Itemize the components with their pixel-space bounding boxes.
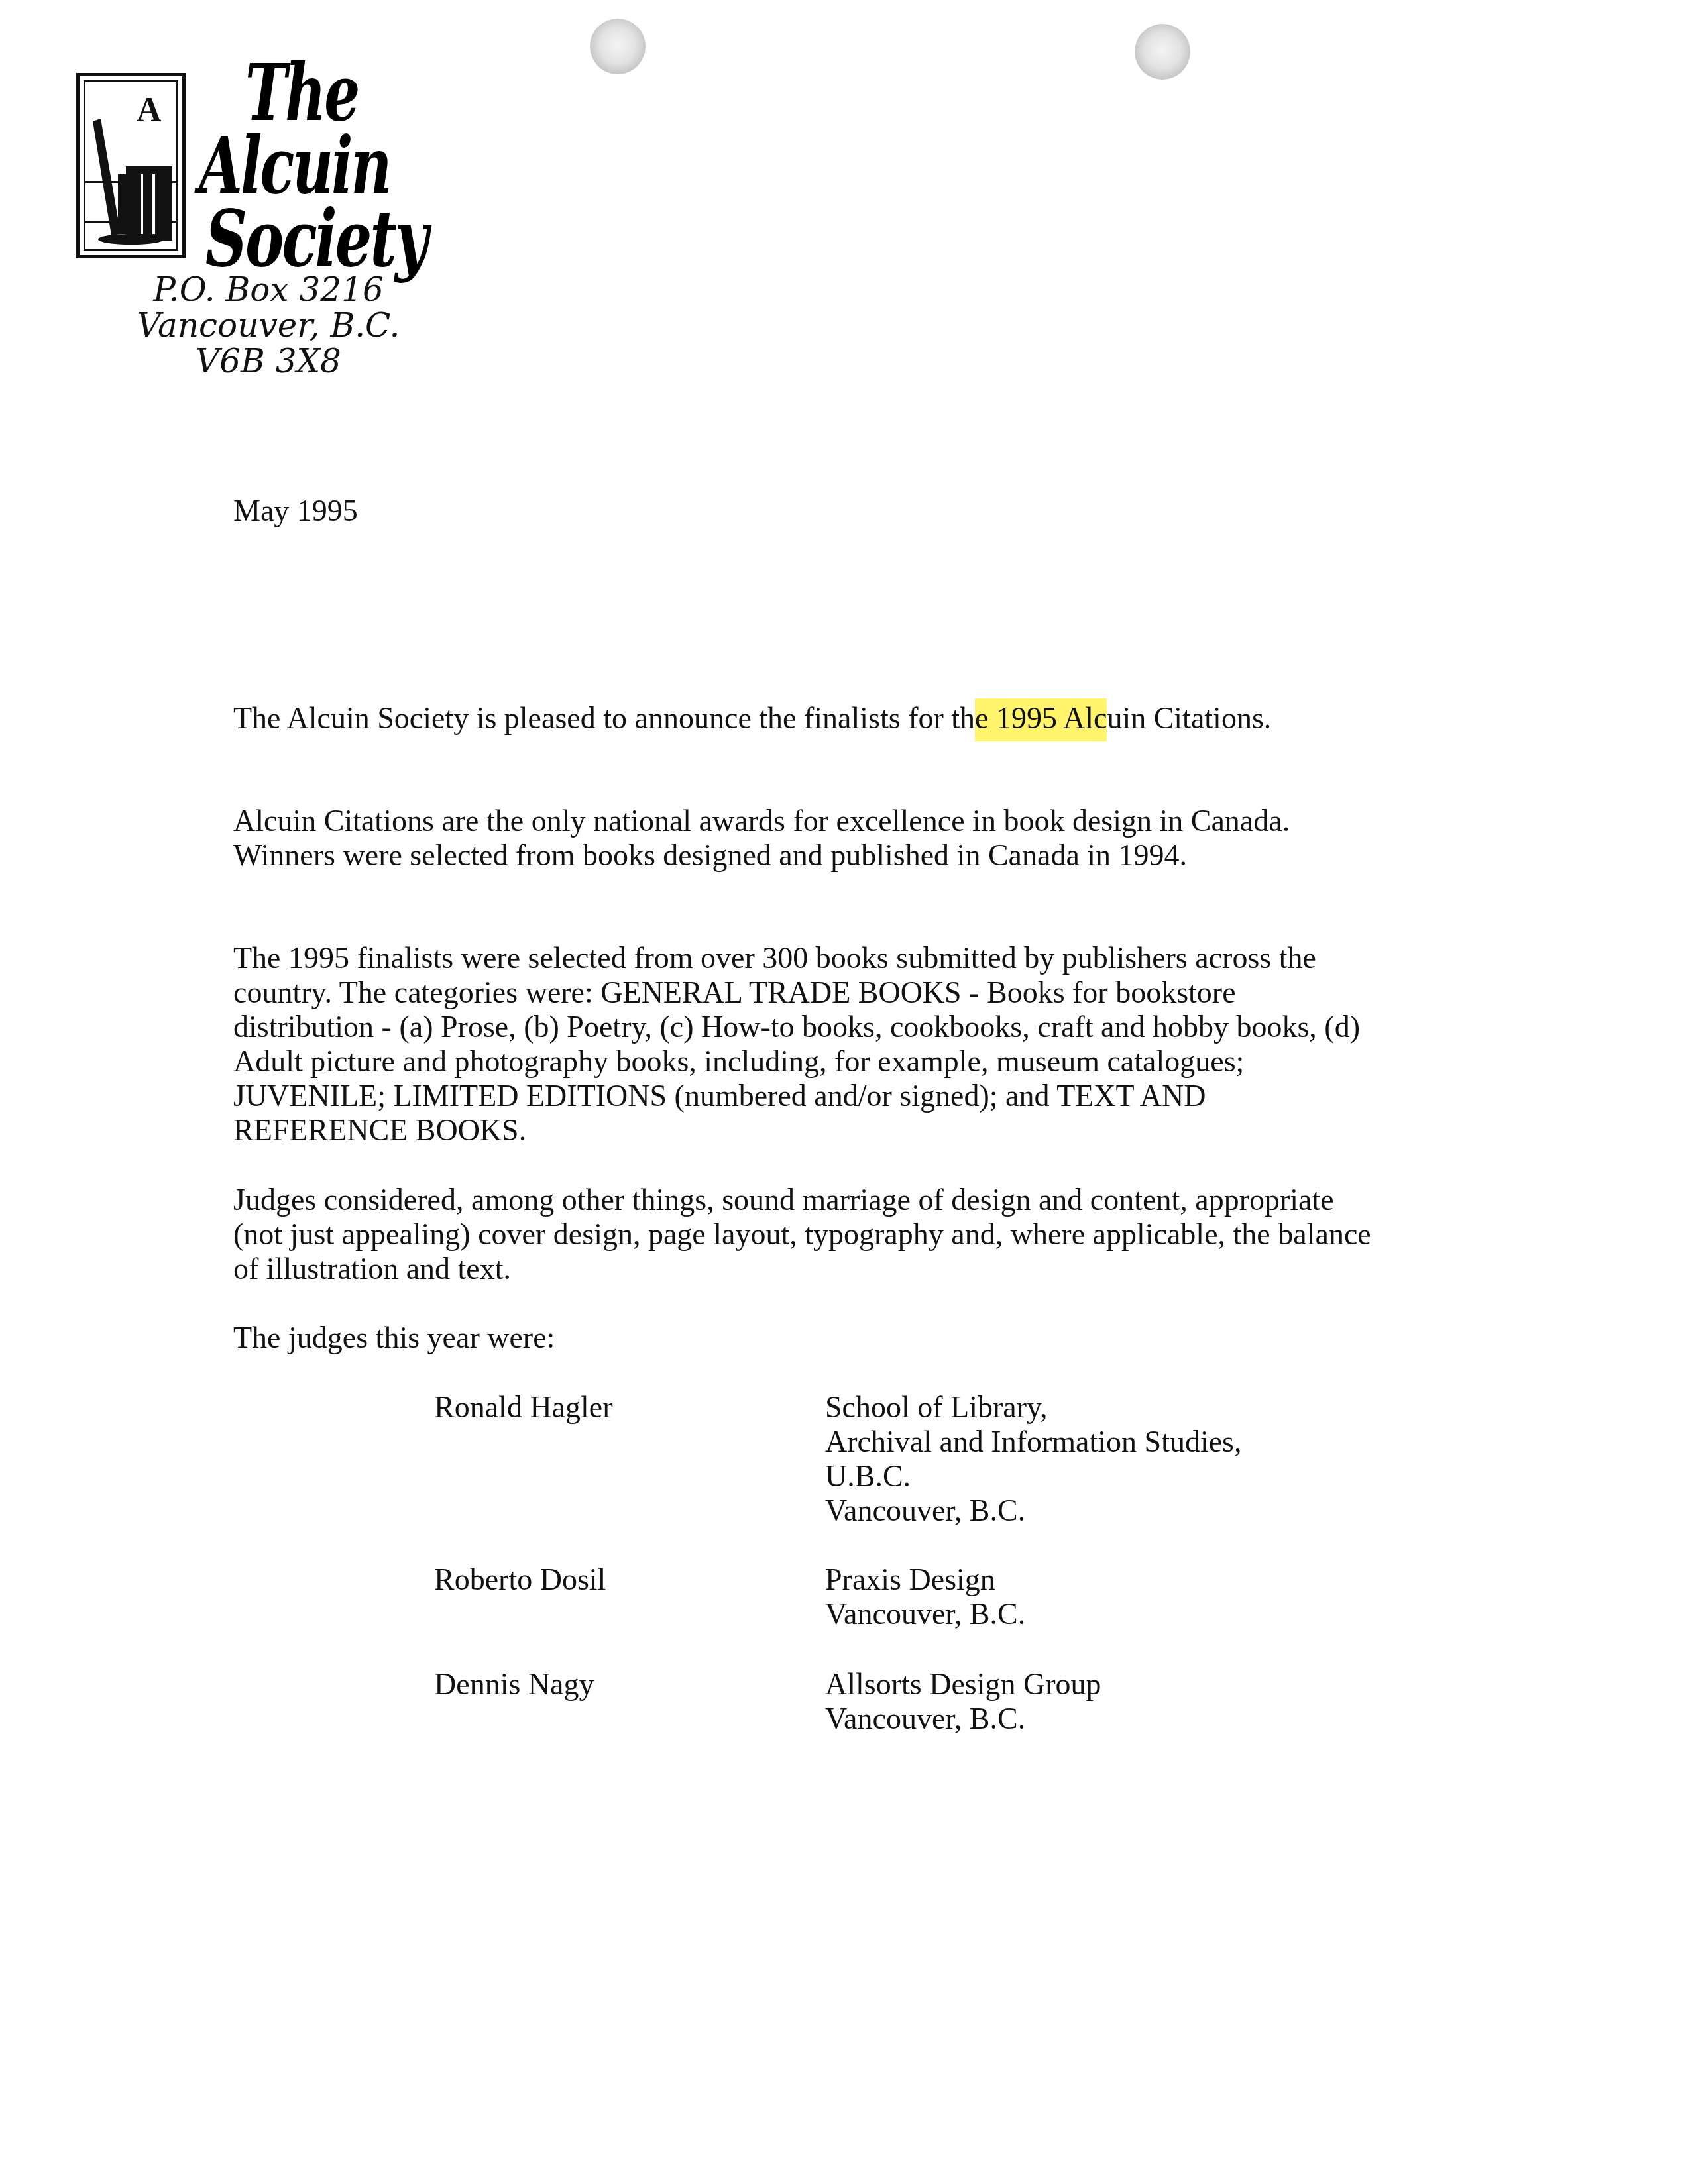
judge-name: Dennis Nagy: [434, 1667, 594, 1702]
judge-name: Roberto Dosil: [434, 1562, 606, 1597]
judge-affiliation: School of Library, Archival and Informat…: [825, 1390, 1242, 1528]
judge-affiliation: Allsorts Design Group Vancouver, B.C.: [825, 1667, 1101, 1736]
hole-punch: [590, 19, 646, 74]
judging-criteria-paragraph: Judges considered, among other things, s…: [233, 1183, 1373, 1286]
logo-emblem: A: [76, 73, 186, 258]
hole-punch: [1135, 24, 1190, 80]
society-wordmark: The Alcuin Society: [192, 46, 444, 278]
announcement-paragraph: The Alcuin Society is pleased to announc…: [233, 701, 1373, 736]
judge-name: Ronald Hagler: [434, 1390, 613, 1425]
highlighted-text: e 1995 Alc: [975, 698, 1107, 741]
mailing-address: P.O. Box 3216 Vancouver, B.C. V6B 3X8: [123, 272, 414, 379]
citations-description-paragraph: Alcuin Citations are the only national a…: [233, 804, 1373, 873]
judge-affiliation: Praxis Design Vancouver, B.C.: [825, 1562, 1025, 1631]
printing-press-icon: [91, 108, 181, 247]
letter-date: May 1995: [233, 494, 358, 528]
judges-intro: The judges this year were:: [233, 1321, 1373, 1355]
categories-paragraph: The 1995 finalists were selected from ov…: [233, 941, 1373, 1148]
